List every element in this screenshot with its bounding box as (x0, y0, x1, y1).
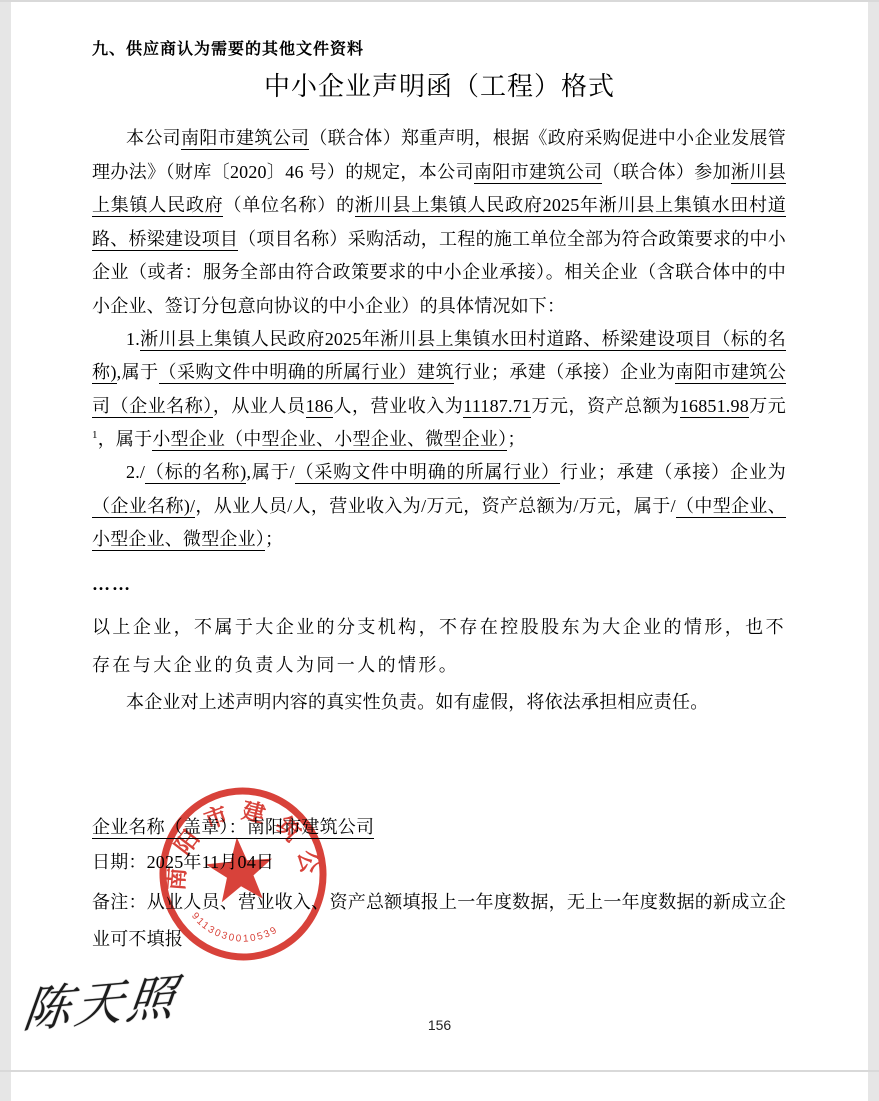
section-heading: 九、供应商认为需要的其他文件资料 (92, 36, 364, 59)
project-item-2: 2./（标的名称),属于/（采购文件中明确的所属行业）行业；承建（承接）企业为（… (92, 456, 786, 557)
company-name-line: 企业名称（盖章）：南阳市建筑公司 (92, 811, 786, 845)
no-affiliation-paragraph: 以上企业，不属于大企业的分支机构，不存在控股股东为大企业的情形，也不存在与大企业… (92, 608, 786, 684)
responsibility-paragraph: 本企业对上述声明内容的真实性负责。如有虚假，将依法承担相应责任。 (92, 686, 786, 720)
date-line: 日期：2025年11月04日 (92, 846, 786, 880)
note-line: 备注：从业人员、营业收入、资产总额填报上一年度数据，无上一年度数据的新成立企业可… (92, 884, 786, 958)
page-bottom-border (0, 1070, 879, 1072)
document-title: 中小企业声明函（工程）格式 (0, 66, 879, 103)
project-item-1: 1.淅川县上集镇人民政府2025年淅川县上集镇水田村道路、桥梁建设项目（标的名称… (92, 323, 786, 457)
ellipsis-line: …… (92, 568, 786, 602)
viewer-left-margin (0, 0, 11, 1101)
page-top-border (0, 0, 879, 2)
handwritten-signature: 陈天照 (20, 958, 184, 1042)
declaration-paragraph: 本公司南阳市建筑公司（联合体）郑重声明，根据《政府采购促进中小企业发展管理办法》… (92, 122, 786, 323)
viewer-right-margin (868, 0, 879, 1101)
